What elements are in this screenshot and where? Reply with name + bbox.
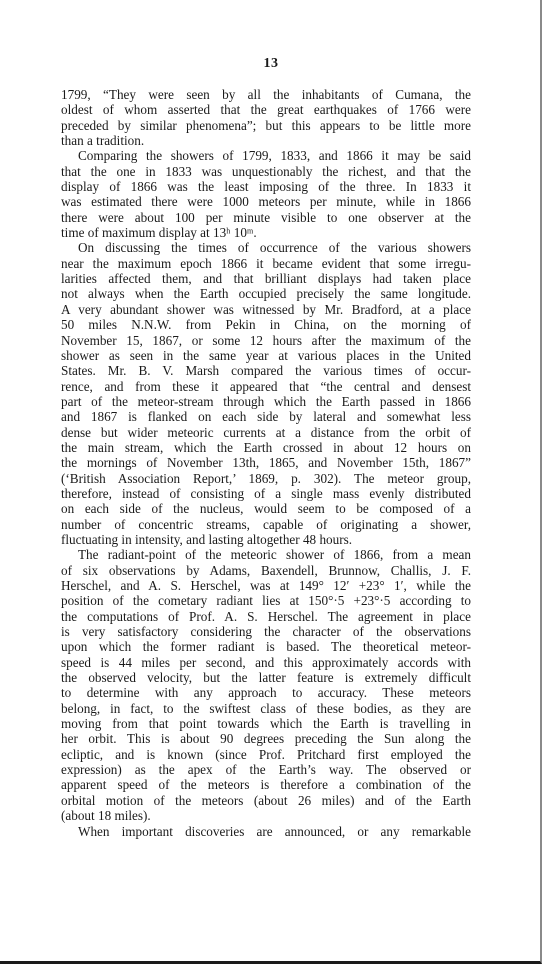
- text-line: the main stream, which the Earth crossed…: [61, 440, 471, 455]
- text-line: expression) as the apex of the Earth’s w…: [61, 762, 471, 777]
- text-line: the computations of Prof. A. S. Herschel…: [61, 609, 471, 624]
- text-line: moving from that point towards which the…: [61, 716, 471, 731]
- text-line: The radiant-point of the meteoric shower…: [61, 547, 471, 562]
- text-line: Comparing the showers of 1799, 1833, and…: [61, 148, 471, 163]
- text-line: preceded by similar phenomena”; but this…: [61, 118, 471, 133]
- text-line: the mornings of November 13th, 1865, and…: [61, 455, 471, 470]
- text-line: When important discoveries are announced…: [61, 824, 471, 839]
- text-line: apparent speed of the meteors is therefo…: [61, 777, 471, 792]
- text-line: fluctuating in intensity, and lasting al…: [61, 532, 471, 547]
- text-line: orbital motion of the meteors (about 26 …: [61, 793, 471, 808]
- text-line: oldest of whom asserted that the great e…: [61, 102, 471, 117]
- text-line: on each side of the nucleus, would seem …: [61, 501, 471, 516]
- text-line: A very abundant shower was witnessed by …: [61, 302, 471, 317]
- text-line: time of maximum display at 13ʰ 10ᵐ.: [61, 225, 471, 240]
- text-line: (‘British Association Report,’ 1869, p. …: [61, 471, 471, 486]
- paragraph: The radiant-point of the meteoric shower…: [61, 547, 471, 823]
- paragraph: On discussing the times of occurrence of…: [61, 240, 471, 547]
- text-line: and 1867 is flanked on each side by late…: [61, 409, 471, 424]
- text-line: not always when the Earth occupied preci…: [61, 286, 471, 301]
- page-number: 13: [0, 56, 542, 72]
- text-line: November 15, 1867, or some 12 hours afte…: [61, 333, 471, 348]
- text-line: therefore, instead of consisting of a si…: [61, 486, 471, 501]
- text-line: was estimated there were 1000 meteors pe…: [61, 194, 471, 209]
- text-line: ecliptic, and is known (since Prof. Prit…: [61, 747, 471, 762]
- text-line: of six observations by Adams, Baxendell,…: [61, 563, 471, 578]
- text-line: the observed velocity, but the latter fe…: [61, 670, 471, 685]
- text-line: speed is 44 miles per second, and this a…: [61, 655, 471, 670]
- text-line: 1799, “They were seen by all the inhabit…: [61, 87, 471, 102]
- paragraph: When important discoveries are announced…: [61, 824, 471, 839]
- text-line: is very satisfactory considering the cha…: [61, 624, 471, 639]
- text-line: than a tradition.: [61, 133, 471, 148]
- text-line: display of 1866 was the least imposing o…: [61, 179, 471, 194]
- text-line: that the one in 1833 was unquestionably …: [61, 164, 471, 179]
- body-text: 1799, “They were seen by all the inhabit…: [61, 87, 471, 839]
- text-line: near the maximum epoch 1866 it became ev…: [61, 256, 471, 271]
- text-line: to determine with any approach to accura…: [61, 685, 471, 700]
- text-line: larities affected them, and that brillia…: [61, 271, 471, 286]
- text-line: dense but wider meteoric currents at a d…: [61, 425, 471, 440]
- book-page: 13 1799, “They were seen by all the inha…: [0, 0, 542, 964]
- text-line: On discussing the times of occurrence of…: [61, 240, 471, 255]
- text-line: belong, in fact, to the swiftest class o…: [61, 701, 471, 716]
- text-line: 50 miles N.N.W. from Pekin in China, on …: [61, 317, 471, 332]
- paragraph: Comparing the showers of 1799, 1833, and…: [61, 148, 471, 240]
- text-line: number of concentric streams, capable of…: [61, 517, 471, 532]
- text-line: shower as seen in the same year at vario…: [61, 348, 471, 363]
- paragraph: 1799, “They were seen by all the inhabit…: [61, 87, 471, 148]
- text-line: there were about 100 per minute visible …: [61, 210, 471, 225]
- text-line: upon which the former radiant is based. …: [61, 639, 471, 654]
- text-line: Herschel, and A. S. Herschel, was at 149…: [61, 578, 471, 593]
- text-line: her orbit. This is about 90 degrees prec…: [61, 731, 471, 746]
- text-line: (about 18 miles).: [61, 808, 471, 823]
- text-line: position of the cometary radiant lies at…: [61, 593, 471, 608]
- text-line: rence, and from these it appeared that “…: [61, 379, 471, 394]
- text-line: States. Mr. B. V. Marsh compared the var…: [61, 363, 471, 378]
- text-line: part of the meteor-stream through which …: [61, 394, 471, 409]
